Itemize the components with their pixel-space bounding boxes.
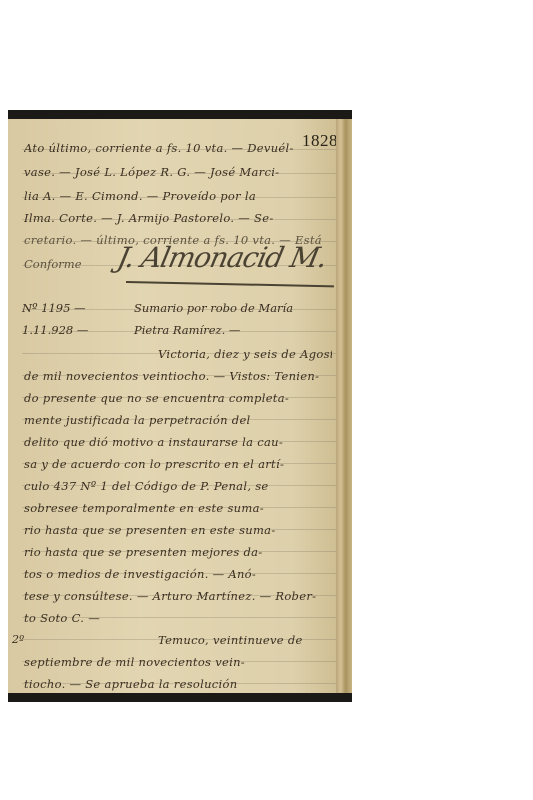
- scanned-ledger-page: 1828 Ato último, corriente a fs. 10 vta.…: [8, 110, 352, 702]
- margin-note: 2º: [12, 633, 24, 646]
- handwritten-line: tos o medios de investigación. — Anó-: [24, 567, 332, 581]
- handwritten-line: Ilma. Corte. — J. Armijo Pastorelo. — Se…: [24, 211, 332, 225]
- handwritten-line: culo 437 Nº 1 del Código de P. Penal, se: [24, 479, 332, 493]
- signature: J. Almonacid M.: [114, 241, 329, 274]
- handwritten-line: sa y de acuerdo con lo prescrito en el a…: [24, 457, 332, 471]
- handwritten-line: mente justificada la perpetración del: [24, 413, 332, 427]
- handwritten-line: de mil novecientos veintiocho. — Vistos:…: [24, 369, 332, 383]
- entry-title: Sumario por robo de María: [134, 301, 293, 315]
- handwritten-line: to Soto C. —: [24, 611, 332, 625]
- handwritten-line: vase. — José L. López R. G. — José Marci…: [24, 165, 332, 179]
- handwritten-line: Ato último, corriente a fs. 10 vta. — De…: [24, 141, 332, 155]
- handwritten-line: Temuco, veintinueve de: [158, 633, 332, 647]
- handwritten-line: rio hasta que se presenten mejores da-: [24, 545, 332, 559]
- handwritten-line: do presente que no se encuentra completa…: [24, 391, 332, 405]
- handwritten-line: rio hasta que se presenten en este suma-: [24, 523, 332, 537]
- entry-number: Nº 1195 —: [22, 301, 86, 315]
- section-divider: [126, 281, 334, 287]
- entry-title-continued: Pietra Ramírez. —: [134, 323, 240, 337]
- handwritten-line: tese y consúltese. — Arturo Martínez. — …: [24, 589, 332, 603]
- handwritten-line: Victoria, diez y seis de Agosto: [158, 347, 332, 361]
- handwritten-line: delito que dió motivo a instaurarse la c…: [24, 435, 332, 449]
- paper-page: 1828 Ato último, corriente a fs. 10 vta.…: [8, 119, 344, 693]
- entry-date-code: 1.11.928 —: [22, 323, 88, 337]
- conforme-label: Conforme: [24, 257, 82, 271]
- handwritten-line: sobresee temporalmente en este suma-: [24, 501, 332, 515]
- handwritten-line: tiocho. — Se aprueba la resolución: [24, 677, 332, 691]
- handwritten-line: septiembre de mil novecientos vein-: [24, 655, 332, 669]
- handwritten-line: lia A. — E. Cimond. — Proveído por la: [24, 189, 332, 203]
- book-binding-edge: [336, 119, 352, 693]
